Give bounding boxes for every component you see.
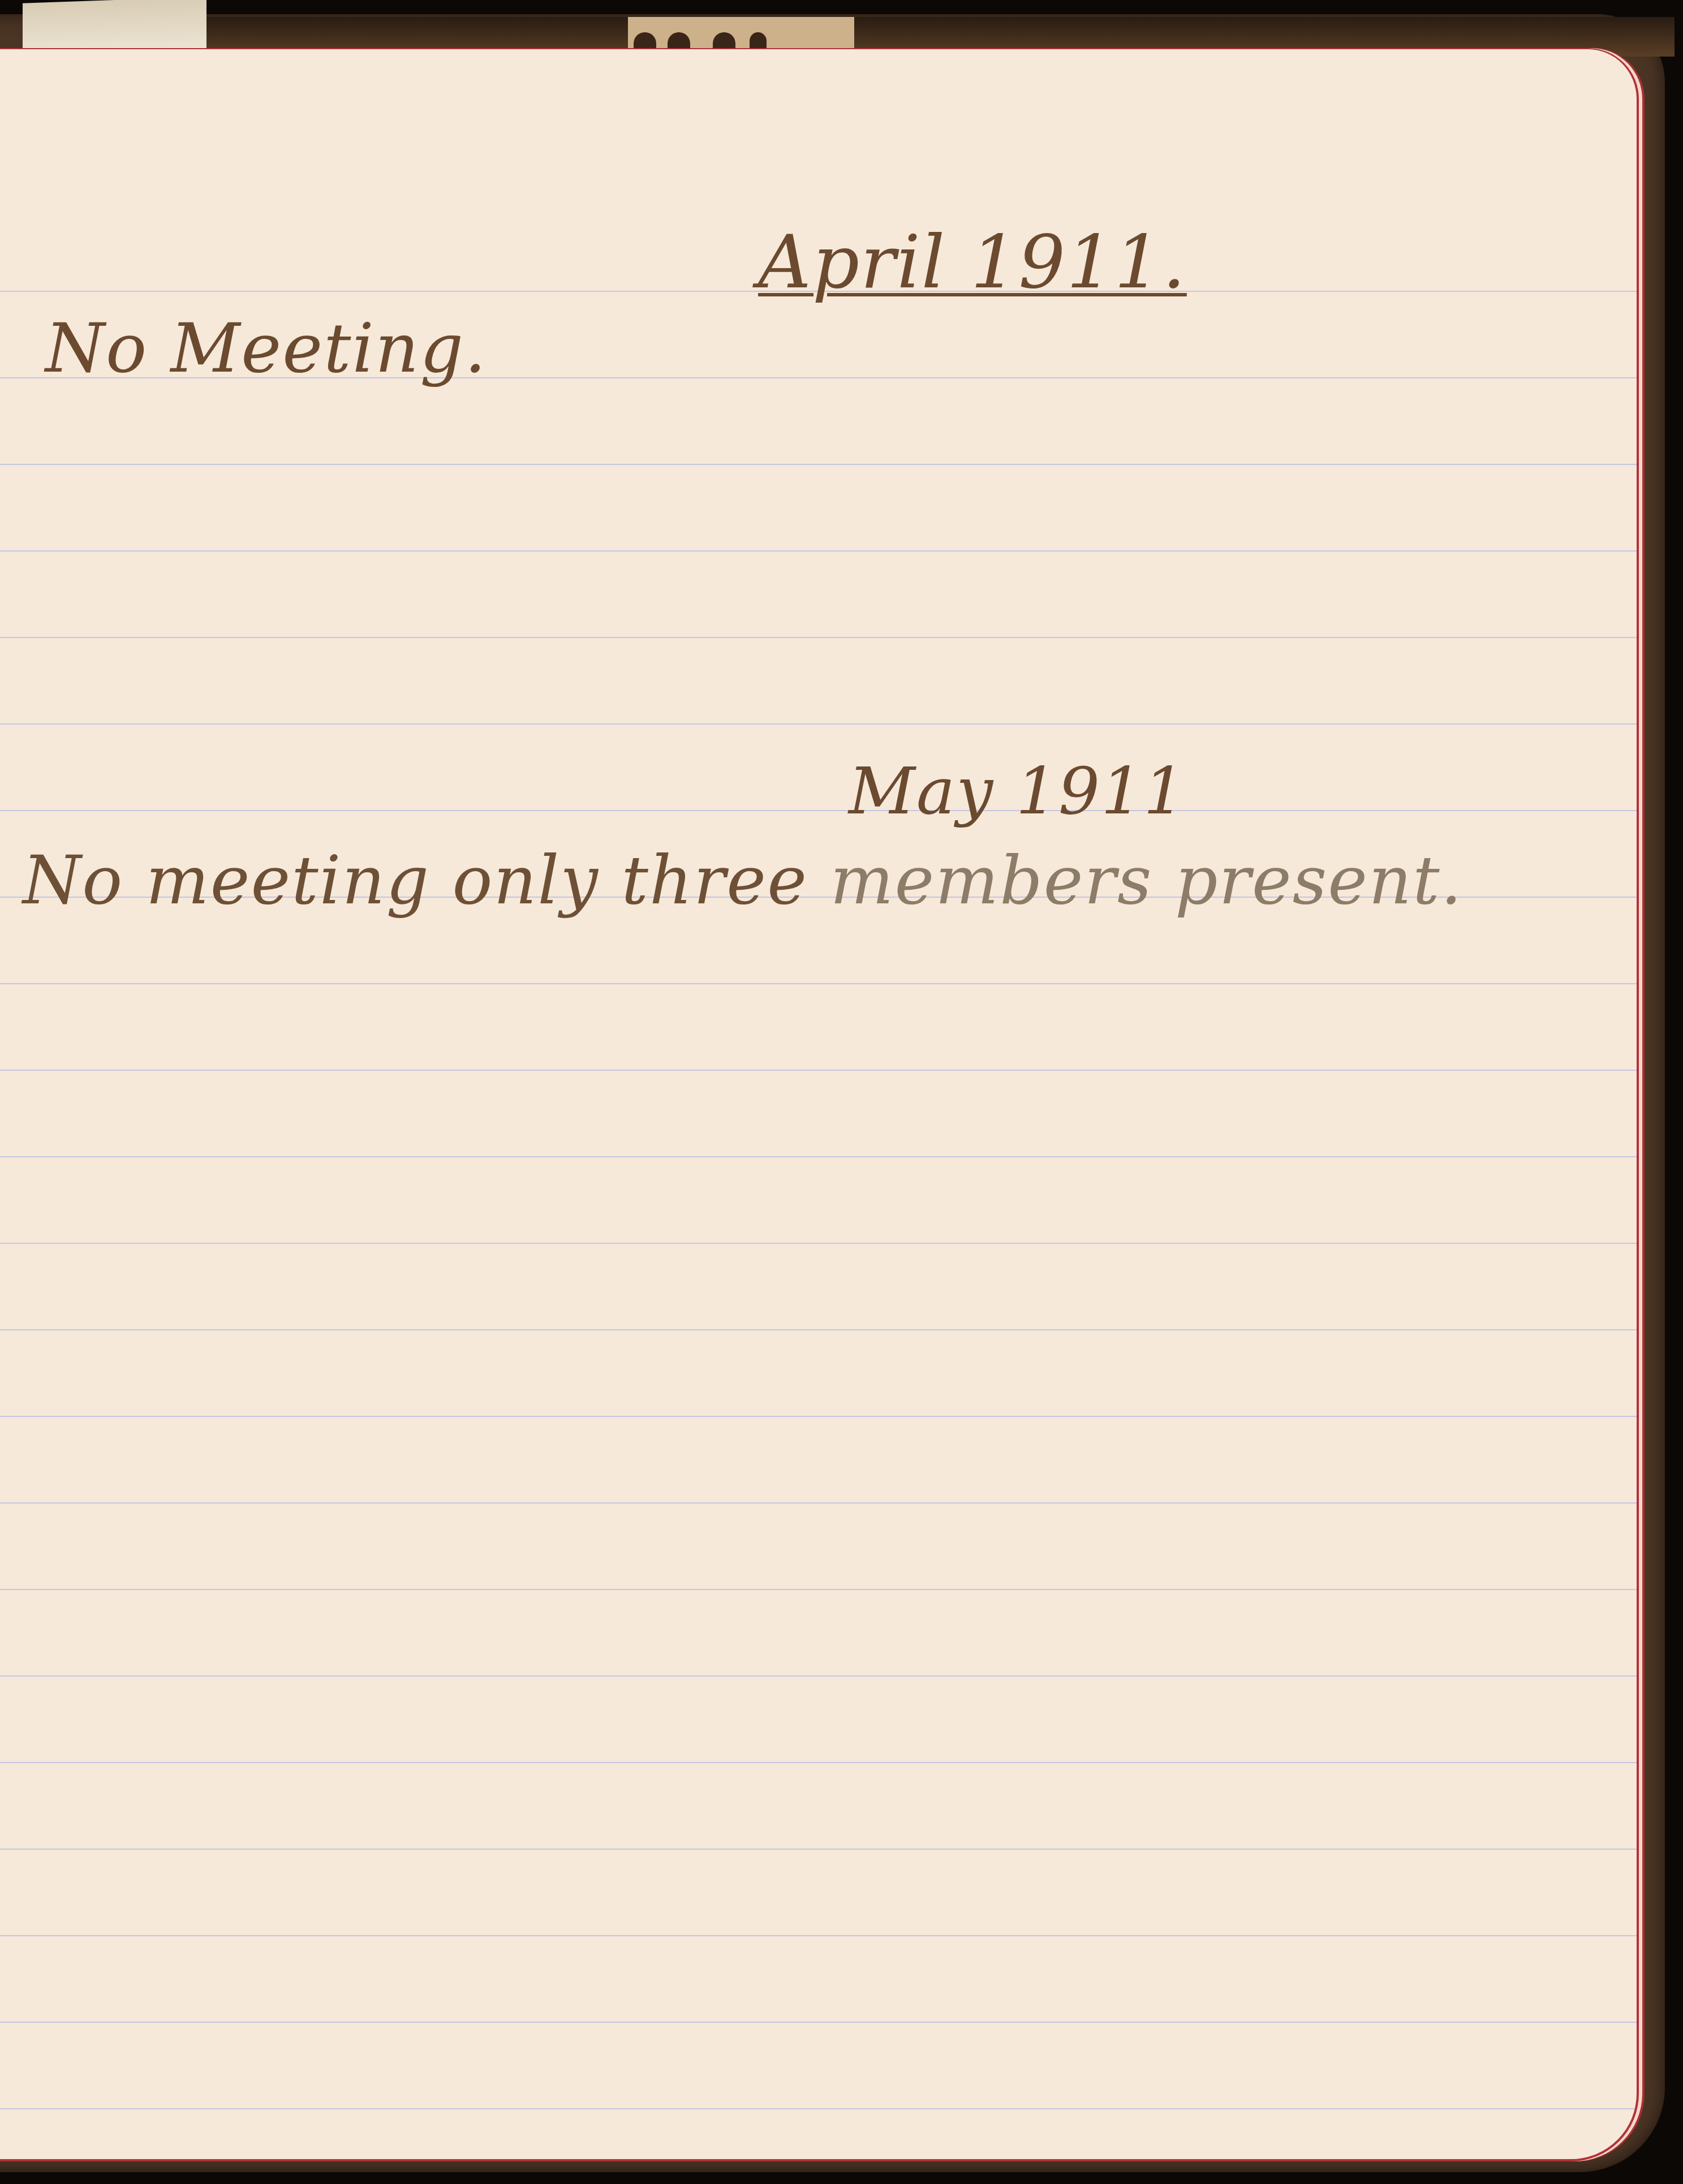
ruled-line	[0, 1502, 1637, 1504]
entry-text-may: No meeting only three members present.	[23, 841, 1463, 919]
ruled-line	[0, 2022, 1637, 2023]
ruled-line	[0, 1329, 1637, 1330]
ruled-line	[0, 550, 1637, 552]
ruled-line	[0, 1675, 1637, 1677]
ink-mark	[634, 32, 656, 48]
ruled-line	[0, 1935, 1637, 1936]
entry-text-may-part1: No meeting only three	[23, 841, 808, 919]
ruled-line	[0, 1416, 1637, 1417]
ruled-line	[0, 810, 1637, 811]
entry-heading-april: April 1911.	[758, 219, 1187, 305]
entry-text-may-part2: members present.	[830, 841, 1464, 919]
ruled-line	[0, 1762, 1637, 1763]
ink-mark	[668, 32, 690, 48]
ruled-line	[0, 1849, 1637, 1850]
ruled-line	[0, 1070, 1637, 1071]
ruled-line	[0, 1243, 1637, 1244]
ruled-line	[0, 2108, 1637, 2109]
entry-text-april: No Meeting.	[45, 309, 487, 388]
ruled-line	[0, 637, 1637, 638]
ink-mark	[713, 32, 735, 48]
ruled-line	[0, 983, 1637, 984]
ink-mark	[750, 32, 767, 48]
notebook-page: April 1911. No Meeting. May 1911 No meet…	[0, 48, 1639, 2161]
ruled-line	[0, 1589, 1637, 1590]
entry-heading-may: May 1911	[849, 753, 1186, 829]
ruled-line	[0, 464, 1637, 465]
ruled-line	[0, 723, 1637, 725]
pasted-paper-fragment	[628, 17, 854, 48]
ruled-line	[0, 1156, 1637, 1157]
